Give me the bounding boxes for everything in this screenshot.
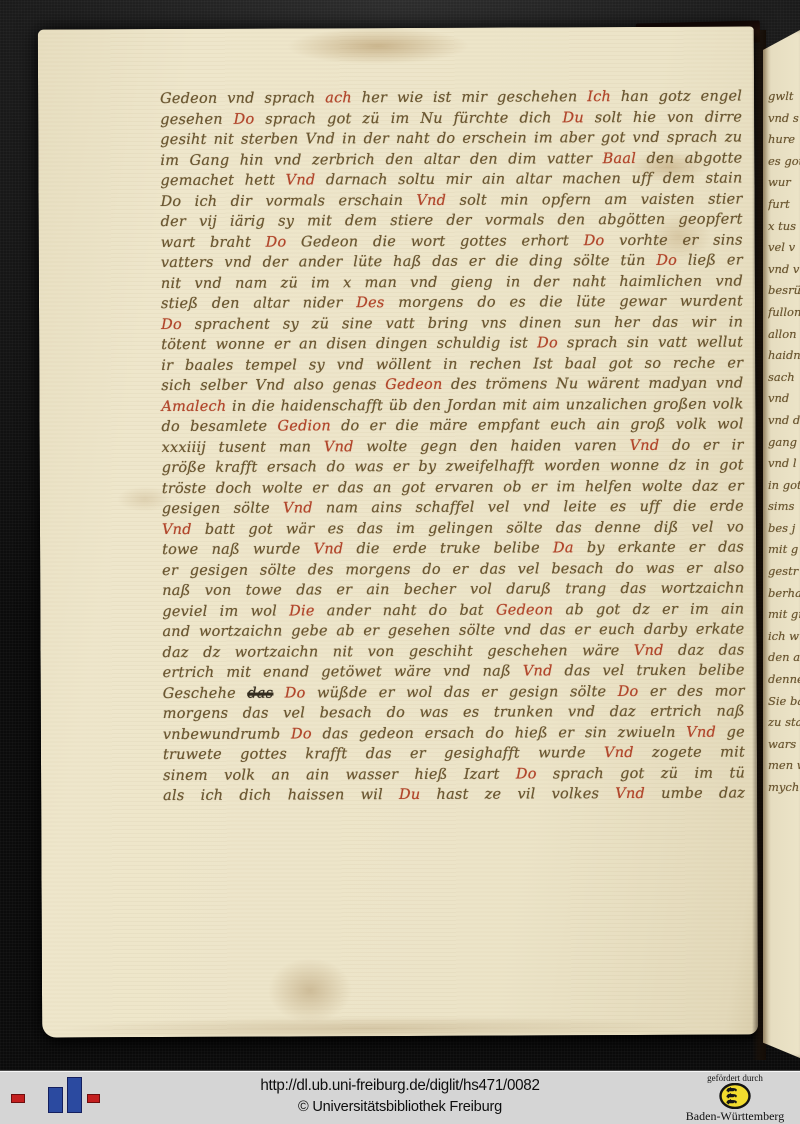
manuscript-line: sinem volk an ain wasser hieß Izart Do s… — [163, 763, 745, 786]
edge-text-fragment: mych — [768, 777, 800, 799]
edge-text-fragment: men w — [768, 755, 800, 777]
edge-text-fragment: mit gr — [768, 604, 800, 626]
manuscript-line: nit vnd nam zü im x man vnd gieng in der… — [161, 271, 743, 294]
edge-text-fragment: bes j — [768, 518, 800, 540]
manuscript-line: geviel im wol Die ander naht do bat Gede… — [162, 599, 744, 622]
edge-text-fragment: ich wu — [768, 626, 800, 648]
logo-red-block-right — [87, 1094, 100, 1103]
edge-text-fragment: vel v — [768, 237, 800, 259]
manuscript-line: vatters vnd der ander lüte haß das er di… — [161, 250, 743, 273]
edge-text-fragment: gestr — [768, 561, 800, 583]
logo-blue-bar-short — [48, 1087, 63, 1113]
manuscript-line: gesigen sölte Vnd nam ains schaffel vel … — [162, 496, 744, 519]
edge-text-fragment: vnd l — [768, 453, 800, 475]
manuscript-line: vnbewundrumb Do das gedeon ersach do hie… — [163, 722, 745, 745]
edge-text-fragment: Sie ba — [768, 691, 800, 713]
edge-text-fragment: gwlt — [768, 86, 800, 108]
edge-text-fragment: wars o — [768, 734, 800, 756]
logo-blue-bar-tall — [67, 1077, 82, 1113]
manuscript-line: do besamlete Gedion do er die märe empfa… — [161, 414, 743, 437]
edge-text-fragment: x tus — [768, 216, 800, 238]
manuscript-line: daz dz wortzaichn nit von geschiht gesch… — [162, 640, 744, 663]
manuscript-text: Gedeon vnd sprach ach her wie ist mir ge… — [160, 86, 745, 806]
manuscript-line: Do ich dir vormals erschain Vnd solt min… — [161, 189, 743, 212]
manuscript-line: Vnd batt got wär es das im gelingen sölt… — [162, 517, 744, 540]
edge-text-fragment: sach — [768, 367, 800, 389]
manuscript-line: Gedeon vnd sprach ach her wie ist mir ge… — [160, 86, 742, 109]
funded-by-label: gefördert durch — [672, 1073, 798, 1083]
ub-freiburg-logo-icon — [10, 1075, 110, 1121]
manuscript-line: im Gang hin vnd zerbrich den altar den d… — [160, 148, 742, 171]
manuscript-line: als ich dich haissen wil Du hast ze vil … — [163, 783, 745, 806]
manuscript-line: wart braht Do Gedeon die wort gottes erh… — [161, 230, 743, 253]
manuscript-line: naß von towe das er ain becher vol daruß… — [162, 578, 744, 601]
edge-text-fragment: vnd d — [768, 410, 800, 432]
manuscript-line: ertrich mit enand getöwet wäre vnd naß V… — [163, 660, 745, 683]
logo-red-block-left — [11, 1094, 25, 1103]
manuscript-line: and wortzaichn gebe ab er gesehen sölte … — [162, 619, 744, 642]
edge-text-fragment: vnd s — [768, 108, 800, 130]
next-page-edge: gwltvnd shurees gotwurfurtx tusvel vvnd … — [763, 30, 800, 1058]
baden-wuerttemberg-coat-of-arms-icon — [719, 1083, 751, 1109]
edge-text-fragment: sims — [768, 496, 800, 518]
manuscript-line: morgens das vel besach do was es trunken… — [163, 701, 745, 724]
manuscript-line: tröste doch wolte er das an got ervaren … — [162, 476, 744, 499]
manuscript-line: ir baales tempel sy vnd wöllent in reche… — [161, 353, 743, 376]
manuscript-line: Do sprachent sy zü sine vatt bring vns d… — [161, 312, 743, 335]
edge-text-fragment: fullon — [768, 302, 800, 324]
edge-text-fragment: zu sta — [768, 712, 800, 734]
edge-text-fragment: es got — [768, 151, 800, 173]
manuscript-line: gemachet hett Vnd darnach soltu mir ain … — [160, 168, 742, 191]
document-url: http://dl.ub.uni-freiburg.de/diglit/hs47… — [172, 1077, 628, 1095]
edge-text-fragment: allon — [768, 324, 800, 346]
edge-text-fragment: in got — [768, 475, 800, 497]
edge-text-fragment: wur — [768, 172, 800, 194]
copyright-text: © Universitätsbibliothek Freiburg — [167, 1098, 633, 1115]
manuscript-line: tötent wonne er an disen dingen schuldig… — [161, 332, 743, 355]
manuscript-line: stieß den altar nider Des morgens do es … — [161, 291, 743, 314]
manuscript-line: truwete gottes krafft das er gesighafft … — [163, 742, 745, 765]
footer-center-text: http://dl.ub.uni-freiburg.de/diglit/hs47… — [160, 1072, 640, 1124]
edge-text-fragment: vnd — [768, 388, 800, 410]
edge-text-fragment: den an — [768, 647, 800, 669]
manuscript-line: towe naß wurde Vnd die erde truke belibe… — [162, 537, 744, 560]
edge-text-fragment: furt — [768, 194, 800, 216]
edge-text-fragment: besrü — [768, 280, 800, 302]
funding-credit: gefördert durch Baden-Württemberg — [672, 1072, 798, 1124]
manuscript-line: gesehen Do sprach got zü im Nu fürchte d… — [160, 107, 742, 130]
edge-text-fragment: haidn — [768, 345, 800, 367]
manuscript-line: er gesigen sölte des morgens do er das v… — [162, 558, 744, 581]
edge-text-fragment: gang — [768, 432, 800, 454]
manuscript-line: der vij iärig sy mit dem stiere der vorm… — [161, 209, 743, 232]
edge-text-fragment: vnd v — [768, 259, 800, 281]
footer-bar: http://dl.ub.uni-freiburg.de/diglit/hs47… — [0, 1072, 800, 1124]
edge-page-text: gwltvnd shurees gotwurfurtx tusvel vvnd … — [768, 86, 800, 799]
manuscript-page: Gedeon vnd sprach ach her wie ist mir ge… — [38, 26, 758, 1037]
manuscript-line: xxxiiij tusent man Vnd wolte gegn den ha… — [162, 435, 744, 458]
manuscript-line: sich selber Vnd also genas Gedeon des tr… — [161, 373, 743, 396]
edge-text-fragment: hure — [768, 129, 800, 151]
manuscript-line: größe krafft ersach do was er by zweifel… — [162, 455, 744, 478]
manuscript-line: gesiht nit sterben Vnd in der naht do er… — [160, 127, 742, 150]
region-label: Baden-Württemberg — [672, 1109, 798, 1124]
edge-text-fragment: mit g — [768, 539, 800, 561]
edge-text-fragment: denne — [768, 669, 800, 691]
manuscript-line: Geschehe das Do wüßde er wol das er gesi… — [163, 681, 745, 704]
edge-text-fragment: berha — [768, 583, 800, 605]
manuscript-line: Amalech in die haidenschafft üb den Jord… — [161, 394, 743, 417]
